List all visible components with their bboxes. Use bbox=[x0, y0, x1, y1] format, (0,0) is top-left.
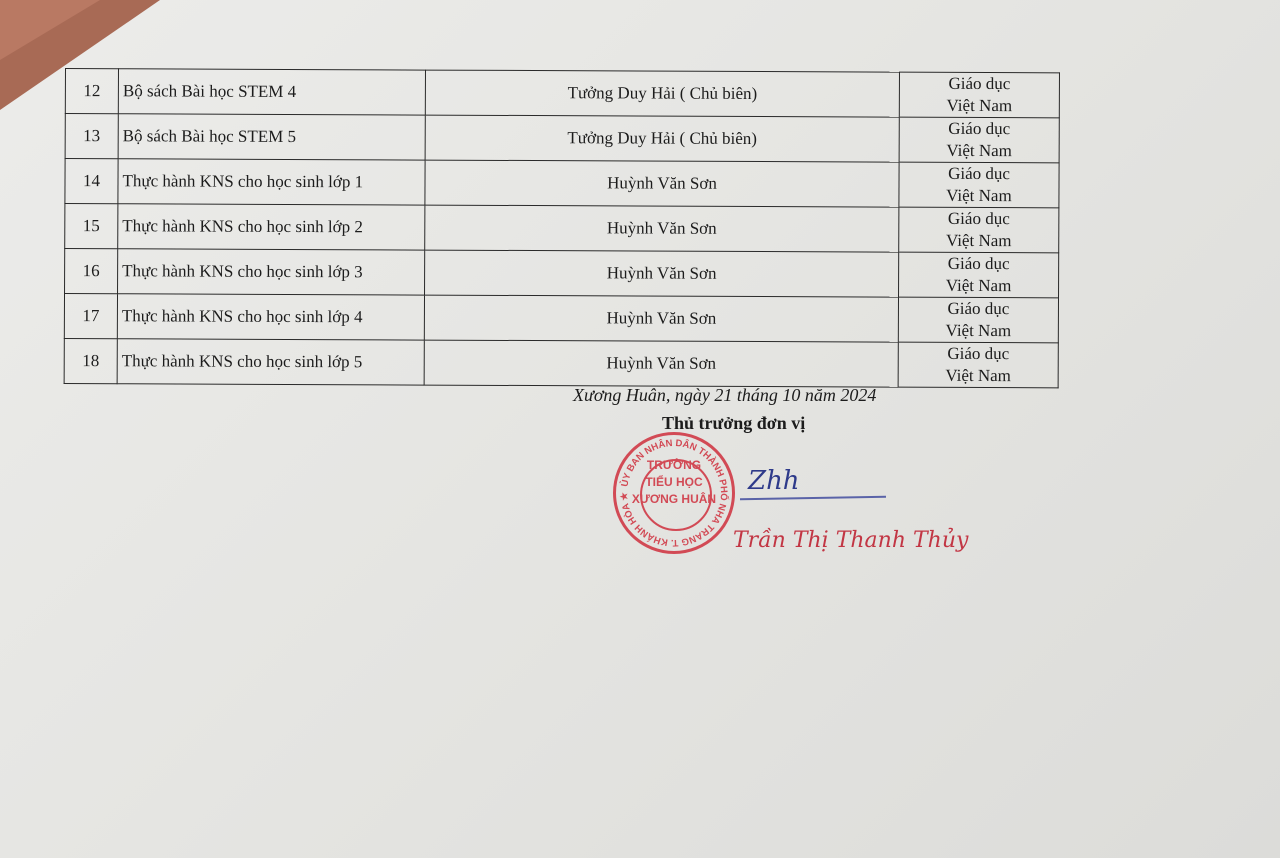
publisher-line-2: Việt Nam bbox=[903, 320, 1054, 343]
book-publisher: Giáo dụcViệt Nam bbox=[899, 72, 1059, 118]
table-row: 14Thực hành KNS cho học sinh lớp 1Huỳnh … bbox=[65, 159, 1059, 208]
book-author: Tưởng Duy Hải ( Chủ biên) bbox=[425, 115, 899, 162]
signature-stroke bbox=[740, 496, 886, 501]
publisher-line-1: Giáo dục bbox=[904, 118, 1055, 141]
table-row: 16Thực hành KNS cho học sinh lớp 3Huỳnh … bbox=[65, 249, 1059, 298]
book-publisher: Giáo dụcViệt Nam bbox=[899, 162, 1059, 208]
row-number: 12 bbox=[65, 69, 118, 114]
book-publisher: Giáo dụcViệt Nam bbox=[898, 297, 1058, 343]
book-publisher: Giáo dụcViệt Nam bbox=[899, 252, 1059, 298]
publisher-line-2: Việt Nam bbox=[903, 275, 1054, 298]
book-author: Huỳnh Văn Sơn bbox=[425, 160, 899, 207]
table-row: 17Thực hành KNS cho học sinh lớp 4Huỳnh … bbox=[64, 294, 1058, 343]
signer-name: Trần Thị Thanh Thủy bbox=[733, 528, 968, 553]
publisher-line-1: Giáo dục bbox=[903, 208, 1054, 231]
book-title: Thực hành KNS cho học sinh lớp 2 bbox=[118, 204, 425, 250]
publisher-line-1: Giáo dục bbox=[903, 163, 1054, 186]
book-author: Huỳnh Văn Sơn bbox=[424, 340, 898, 387]
book-author: Huỳnh Văn Sơn bbox=[424, 295, 898, 342]
table-row: 12Bộ sách Bài học STEM 4Tưởng Duy Hải ( … bbox=[65, 69, 1059, 118]
book-author: Huỳnh Văn Sơn bbox=[425, 250, 899, 297]
book-author: Tưởng Duy Hải ( Chủ biên) bbox=[425, 70, 899, 117]
row-number: 14 bbox=[65, 159, 118, 204]
publisher-line-2: Việt Nam bbox=[904, 140, 1055, 163]
publisher-line-2: Việt Nam bbox=[904, 95, 1055, 118]
publisher-line-1: Giáo dục bbox=[904, 73, 1055, 96]
official-stamp: ỦY BAN NHÂN DÂN THÀNH PHỐ NHA TRANG T. K… bbox=[613, 432, 735, 554]
book-publisher: Giáo dụcViệt Nam bbox=[899, 207, 1059, 253]
publisher-line-1: Giáo dục bbox=[903, 343, 1054, 366]
publisher-line-1: Giáo dục bbox=[903, 298, 1054, 321]
signature: Zhh bbox=[748, 466, 800, 496]
book-title: Thực hành KNS cho học sinh lớp 3 bbox=[118, 249, 425, 295]
place-date: Xương Huân, ngày 21 tháng 10 năm 2024 bbox=[573, 385, 876, 406]
book-publisher: Giáo dụcViệt Nam bbox=[899, 117, 1059, 163]
row-number: 13 bbox=[65, 114, 118, 159]
book-title: Bộ sách Bài học STEM 5 bbox=[118, 114, 425, 160]
table-row: 18Thực hành KNS cho học sinh lớp 5Huỳnh … bbox=[64, 338, 1058, 387]
publisher-line-2: Việt Nam bbox=[903, 230, 1054, 253]
book-title: Bộ sách Bài học STEM 4 bbox=[118, 69, 425, 115]
publisher-line-1: Giáo dục bbox=[903, 253, 1054, 276]
publisher-line-2: Việt Nam bbox=[903, 185, 1054, 208]
table-row: 15Thực hành KNS cho học sinh lớp 2Huỳnh … bbox=[65, 204, 1059, 253]
desk-corner-highlight bbox=[0, 0, 100, 60]
row-number: 17 bbox=[64, 294, 117, 339]
book-author: Huỳnh Văn Sơn bbox=[425, 205, 899, 252]
book-title: Thực hành KNS cho học sinh lớp 4 bbox=[117, 294, 424, 340]
table-row: 13Bộ sách Bài học STEM 5Tưởng Duy Hải ( … bbox=[65, 114, 1059, 163]
row-number: 15 bbox=[65, 204, 118, 249]
book-title: Thực hành KNS cho học sinh lớp 1 bbox=[118, 159, 425, 205]
book-list-table: 12Bộ sách Bài học STEM 4Tưởng Duy Hải ( … bbox=[64, 68, 1060, 388]
book-title: Thực hành KNS cho học sinh lớp 5 bbox=[117, 339, 424, 385]
book-publisher: Giáo dụcViệt Nam bbox=[898, 342, 1058, 388]
row-number: 16 bbox=[65, 249, 118, 294]
publisher-line-2: Việt Nam bbox=[903, 365, 1054, 388]
stamp-center-text: TRƯỜNGTIỂU HỌCXƯƠNG HUÂN bbox=[616, 457, 732, 508]
row-number: 18 bbox=[64, 338, 117, 383]
head-of-unit-title: Thủ trưởng đơn vị bbox=[662, 413, 805, 434]
